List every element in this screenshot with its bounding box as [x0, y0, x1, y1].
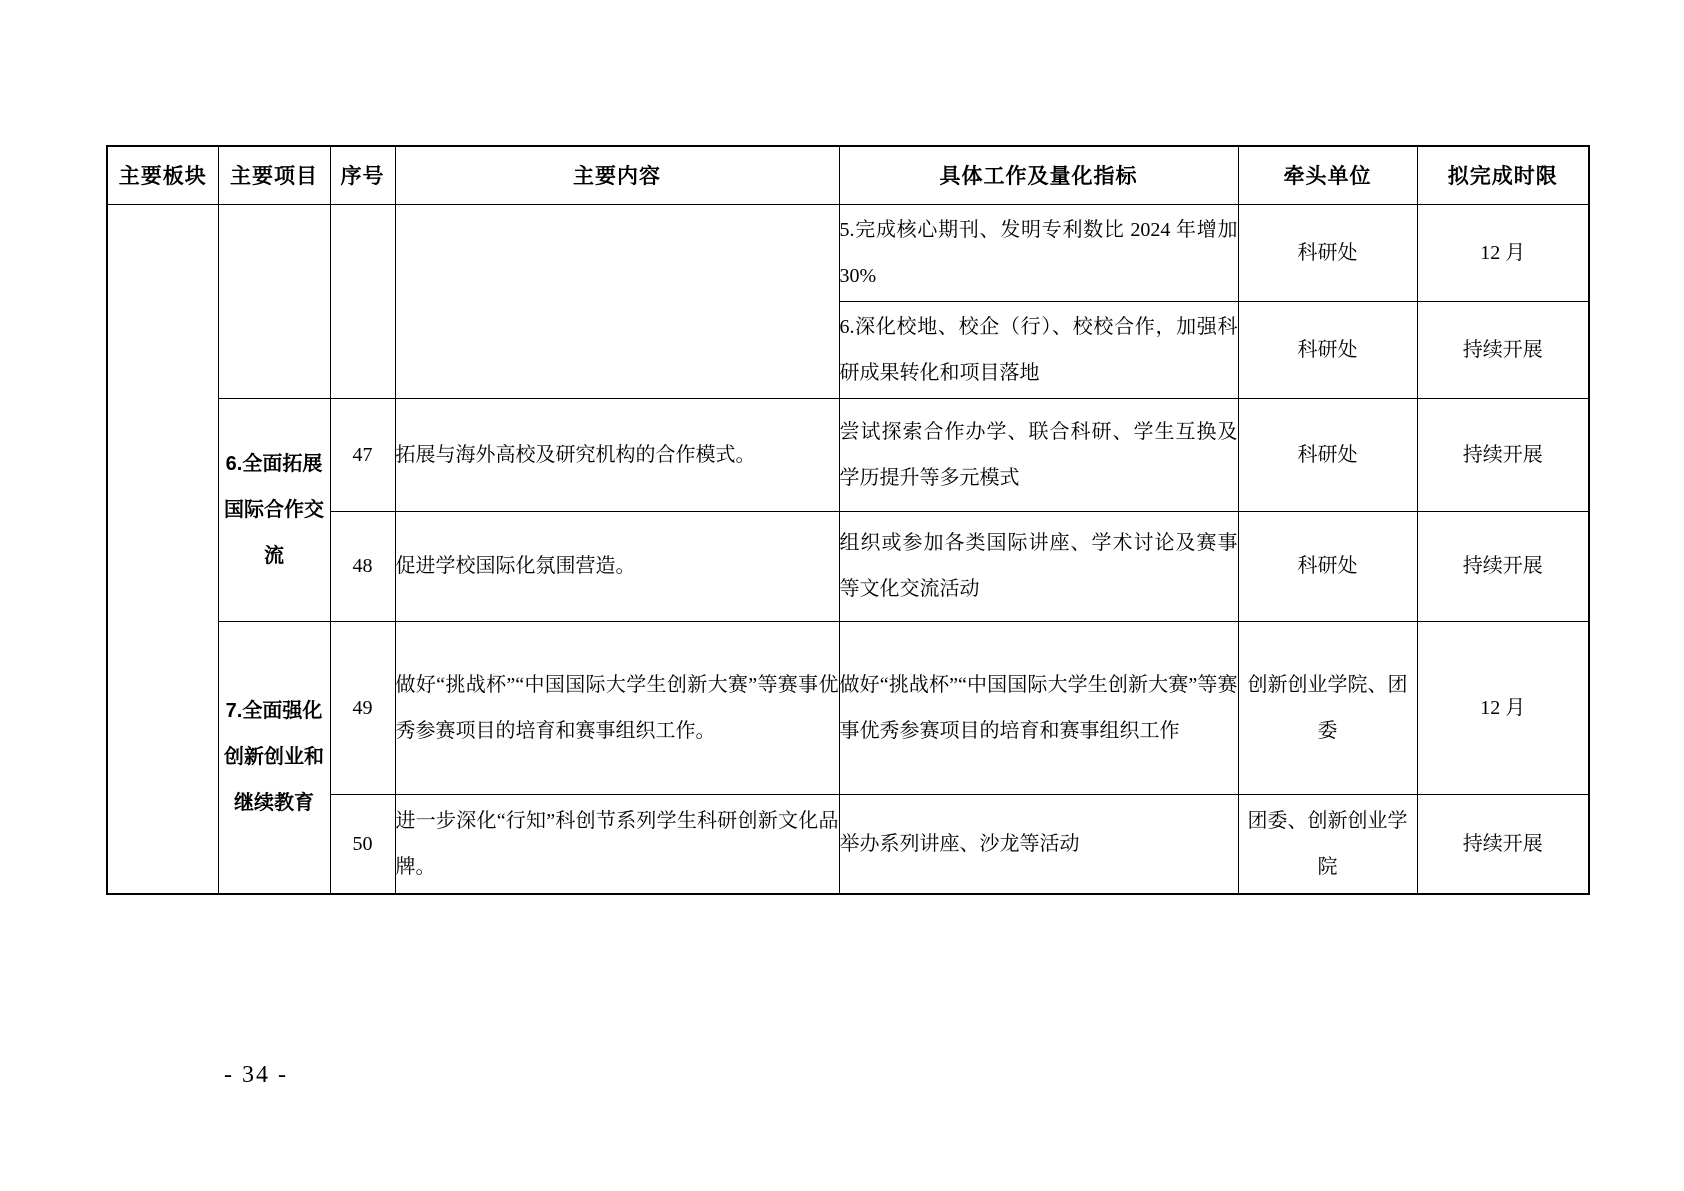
content-cell: 做好“挑战杯”“中国国际大学生创新大赛”等赛事优秀参赛项目的培育和赛事组织工作。: [395, 621, 839, 794]
content-cell: 进一步深化“行知”科创节系列学生科研创新文化品牌。: [395, 794, 839, 894]
deadline-cell: 持续开展: [1417, 398, 1589, 511]
unit-cell: 团委、创新创业学院: [1238, 794, 1417, 894]
seq-cell: 50: [330, 794, 395, 894]
seq-cell: 47: [330, 398, 395, 511]
section-cell-innovation-education: 7.全面强化创新创业和继续教育: [218, 621, 330, 894]
main-section-empty-cell: [107, 204, 218, 894]
table-row: 48 促进学校国际化氛围营造。 组织或参加各类国际讲座、学术讨论及赛事等文化交流…: [107, 511, 1589, 621]
header-main-section: 主要板块: [107, 146, 218, 204]
deadline-cell: 持续开展: [1417, 794, 1589, 894]
table-row: 5.完成核心期刊、发明专利数比 2024 年增加 30% 科研处 12 月: [107, 204, 1589, 301]
indicator-cell: 6.深化校地、校企（行）、校校合作，加强科研成果转化和项目落地: [839, 301, 1238, 398]
indicator-cell: 5.完成核心期刊、发明专利数比 2024 年增加 30%: [839, 204, 1238, 301]
header-main-project: 主要项目: [218, 146, 330, 204]
seq-cell: 49: [330, 621, 395, 794]
table-row: 7.全面强化创新创业和继续教育 49 做好“挑战杯”“中国国际大学生创新大赛”等…: [107, 621, 1589, 794]
header-seq: 序号: [330, 146, 395, 204]
section-cell-international-cooperation: 6.全面拓展国际合作交流: [218, 398, 330, 621]
content-cell: 拓展与海外高校及研究机构的合作模式。: [395, 398, 839, 511]
unit-cell: 科研处: [1238, 301, 1417, 398]
unit-cell: 科研处: [1238, 204, 1417, 301]
content-cell: 促进学校国际化氛围营造。: [395, 511, 839, 621]
header-main-content: 主要内容: [395, 146, 839, 204]
deadline-cell: 持续开展: [1417, 301, 1589, 398]
content-empty-cell: [395, 204, 839, 398]
unit-cell: 科研处: [1238, 511, 1417, 621]
header-indicator: 具体工作及量化指标: [839, 146, 1238, 204]
header-deadline: 拟完成时限: [1417, 146, 1589, 204]
unit-cell: 创新创业学院、团委: [1238, 621, 1417, 794]
deadline-cell: 12 月: [1417, 204, 1589, 301]
indicator-cell: 组织或参加各类国际讲座、学术讨论及赛事等文化交流活动: [839, 511, 1238, 621]
work-plan-table: 主要板块 主要项目 序号 主要内容 具体工作及量化指标 牵头单位 拟完成时限 5…: [106, 145, 1590, 895]
seq-empty-cell: [330, 204, 395, 398]
indicator-cell: 尝试探索合作办学、联合科研、学生互换及学历提升等多元模式: [839, 398, 1238, 511]
project-empty-cell: [218, 204, 330, 398]
page-number: - 34 -: [224, 1062, 288, 1089]
table-row: 6.全面拓展国际合作交流 47 拓展与海外高校及研究机构的合作模式。 尝试探索合…: [107, 398, 1589, 511]
seq-cell: 48: [330, 511, 395, 621]
table-header-row: 主要板块 主要项目 序号 主要内容 具体工作及量化指标 牵头单位 拟完成时限: [107, 146, 1589, 204]
header-lead-unit: 牵头单位: [1238, 146, 1417, 204]
deadline-cell: 12 月: [1417, 621, 1589, 794]
deadline-cell: 持续开展: [1417, 511, 1589, 621]
table-row: 50 进一步深化“行知”科创节系列学生科研创新文化品牌。 举办系列讲座、沙龙等活…: [107, 794, 1589, 894]
indicator-cell: 举办系列讲座、沙龙等活动: [839, 794, 1238, 894]
indicator-cell: 做好“挑战杯”“中国国际大学生创新大赛”等赛事优秀参赛项目的培育和赛事组织工作: [839, 621, 1238, 794]
unit-cell: 科研处: [1238, 398, 1417, 511]
